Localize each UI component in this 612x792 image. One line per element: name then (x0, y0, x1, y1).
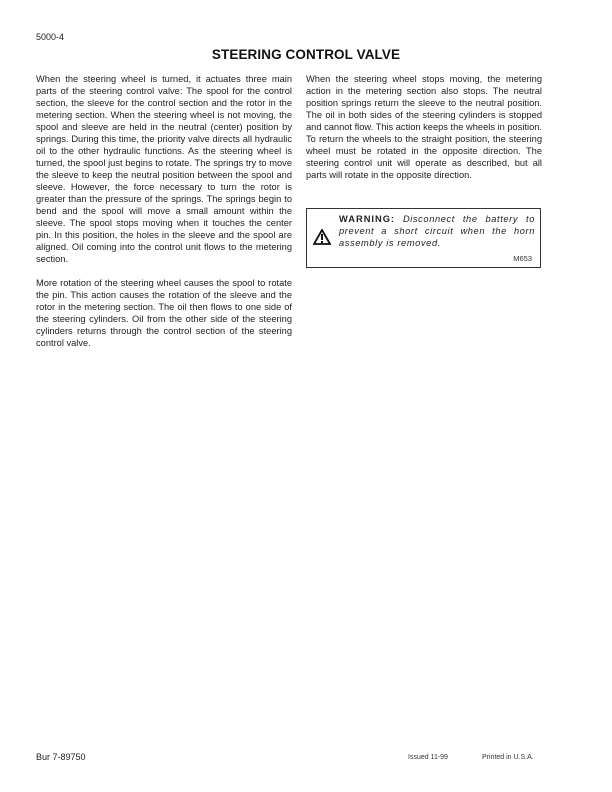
page-title: STEERING CONTROL VALVE (0, 47, 612, 62)
warning-label: WARNING: (339, 214, 395, 224)
warning-code: M653 (513, 254, 532, 263)
right-column: When the steering wheel stops moving, th… (306, 73, 542, 193)
issued-date: Issued 11-99 (408, 754, 448, 761)
document-number: Bur 7-89750 (36, 752, 86, 762)
paragraph: When the steering wheel is turned, it ac… (36, 73, 292, 265)
paragraph: When the steering wheel stops moving, th… (306, 73, 542, 181)
page-number: 5000-4 (36, 32, 64, 42)
printed-location: Printed in U.S.A. (482, 754, 534, 761)
left-column: When the steering wheel is turned, it ac… (36, 73, 292, 361)
warning-box: WARNING: Disconnect the battery to preve… (306, 208, 541, 268)
warning-text: WARNING: Disconnect the battery to preve… (339, 213, 535, 249)
paragraph: More rotation of the steering wheel caus… (36, 277, 292, 349)
warning-triangle-icon (313, 229, 331, 245)
